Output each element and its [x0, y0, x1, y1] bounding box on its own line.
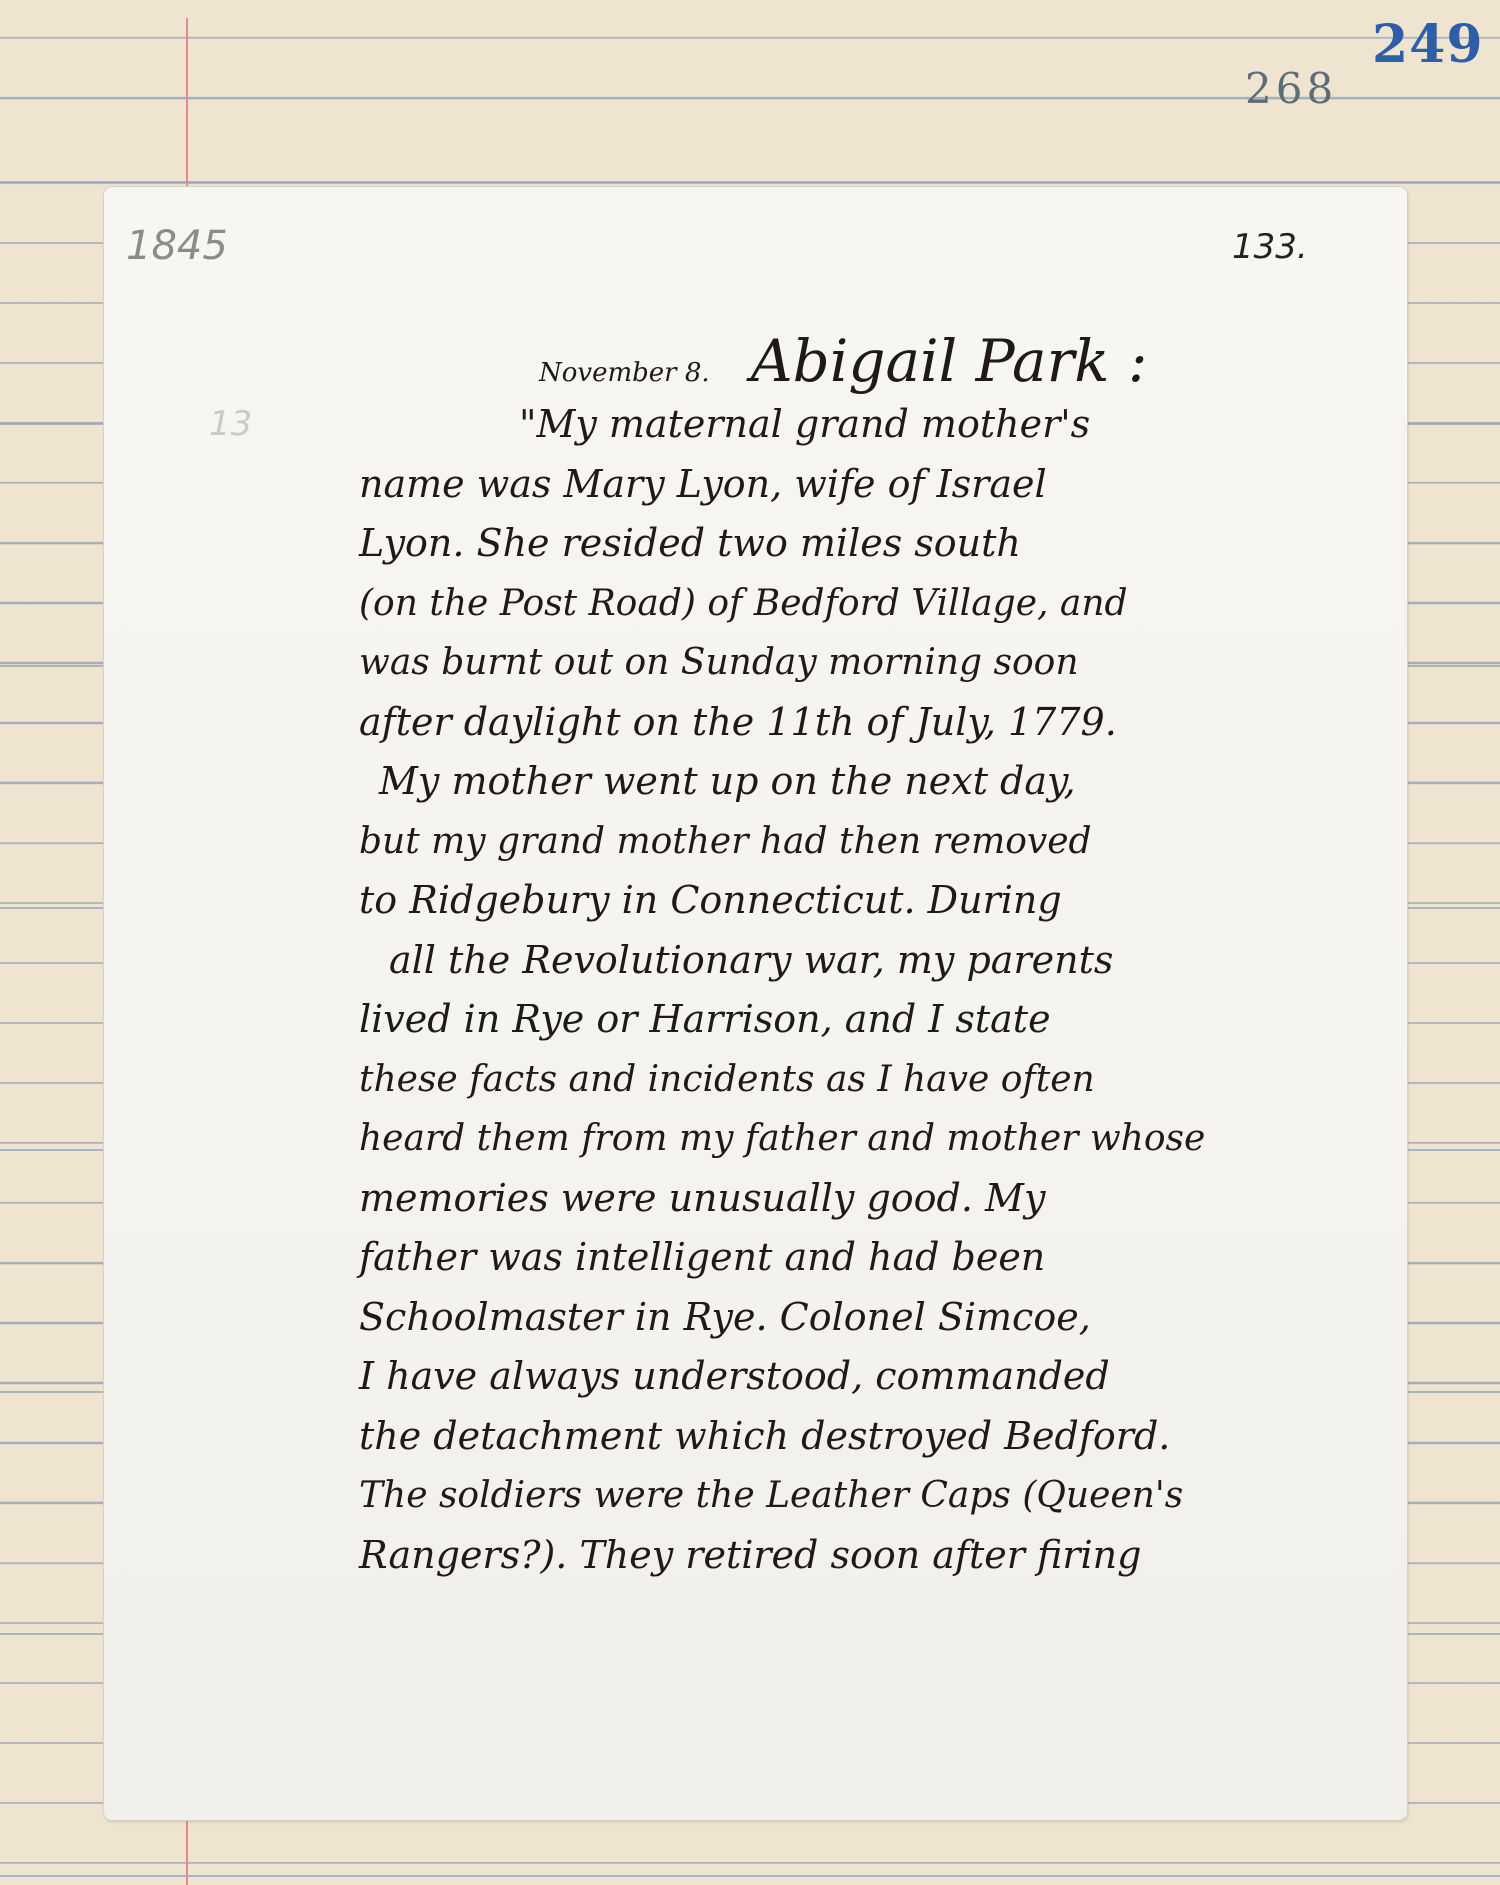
manuscript-body: "My maternal grand mother's name was Mar…: [359, 395, 1399, 1585]
text-line: heard them from my father and mother who…: [359, 1109, 1399, 1169]
entry-date: November 8.: [539, 358, 710, 388]
text-line: I have always understood, commanded: [359, 1347, 1399, 1407]
folio-number: 133.: [1232, 227, 1308, 267]
text-line: The soldiers were the Leather Caps (Quee…: [359, 1466, 1399, 1526]
text-line: (on the Post Road) of Bedford Village, a…: [359, 574, 1399, 634]
stamped-page-number: 268: [1245, 64, 1337, 113]
pencil-year-annotation: 1845: [126, 223, 228, 269]
text-line: memories were unusually good. My: [359, 1169, 1399, 1229]
faint-pencil-mark: 13: [209, 404, 252, 444]
text-line: Schoolmaster in Rye. Colonel Simcoe,: [359, 1288, 1399, 1348]
text-line: name was Mary Lyon, wife of Israel: [359, 455, 1399, 515]
manuscript-card: 1845 13 133. November 8. Abigail Park : …: [104, 187, 1407, 1820]
text-line: "My maternal grand mother's: [359, 395, 1399, 455]
entry-name: Abigail Park :: [751, 327, 1148, 395]
text-line: was burnt out on Sunday morning soon: [359, 633, 1399, 693]
text-line: to Ridgebury in Connecticut. During: [359, 871, 1399, 931]
entry-heading: November 8. Abigail Park :: [539, 327, 1147, 395]
text-line: Rangers?). They retired soon after firin…: [359, 1526, 1399, 1586]
text-line: Lyon. She resided two miles south: [359, 514, 1399, 574]
text-line: My mother went up on the next day,: [359, 752, 1399, 812]
text-line: the detachment which destroyed Bedford.: [359, 1407, 1399, 1467]
text-line: all the Revolutionary war, my parents: [359, 931, 1399, 991]
text-line: lived in Rye or Harrison, and I state: [359, 990, 1399, 1050]
stamped-number-blue: 249: [1372, 14, 1484, 75]
text-line: but my grand mother had then removed: [359, 812, 1399, 872]
text-line: after daylight on the 11th of July, 1779…: [359, 693, 1399, 753]
text-line: father was intelligent and had been: [359, 1228, 1399, 1288]
text-line: these facts and incidents as I have ofte…: [359, 1050, 1399, 1110]
